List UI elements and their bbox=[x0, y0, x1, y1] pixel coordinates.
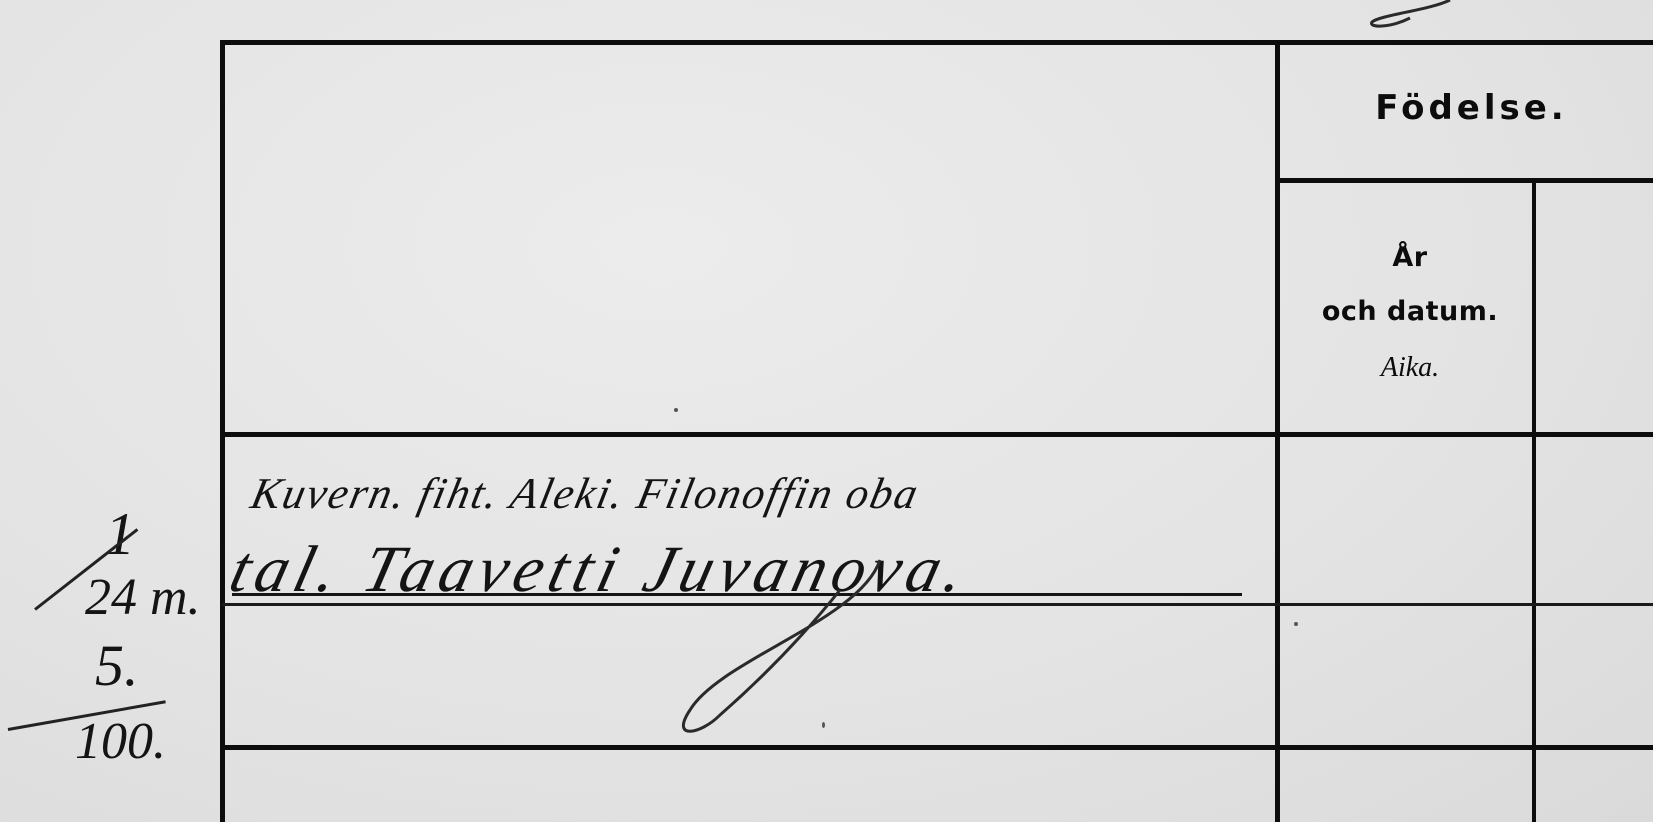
margin-note-1-denominator: 24 m. bbox=[85, 568, 201, 627]
strikethrough-line bbox=[232, 593, 1242, 596]
table-left-border bbox=[220, 40, 225, 822]
entry-line-2-struck: tal. Taavetti Juvanova. bbox=[223, 532, 979, 608]
register-page: Födelse. År och datum. Aika. Kuvern. fih… bbox=[0, 0, 1653, 822]
header-group-divider bbox=[1280, 178, 1653, 183]
header-col-year: År bbox=[1290, 238, 1530, 278]
header-group-birth: Födelse. bbox=[1290, 88, 1653, 128]
column-divider-date bbox=[1532, 180, 1536, 822]
header-col-finnish: Aika. bbox=[1290, 352, 1530, 384]
row-divider-2 bbox=[222, 745, 1653, 750]
margin-note-2-denominator: 100. bbox=[75, 712, 166, 771]
header-col-and-date: och datum. bbox=[1290, 292, 1530, 332]
ink-speck bbox=[674, 408, 678, 412]
margin-note-2-numerator: 5. bbox=[95, 632, 139, 699]
ink-speck bbox=[1294, 622, 1298, 626]
table-top-border bbox=[222, 40, 1653, 45]
ink-speck bbox=[822, 722, 825, 728]
entry-line-1: Kuvern. fiht. Aleki. Filonoffin oba bbox=[247, 468, 925, 519]
column-divider-main bbox=[1275, 40, 1280, 822]
header-bottom-border bbox=[222, 432, 1653, 437]
